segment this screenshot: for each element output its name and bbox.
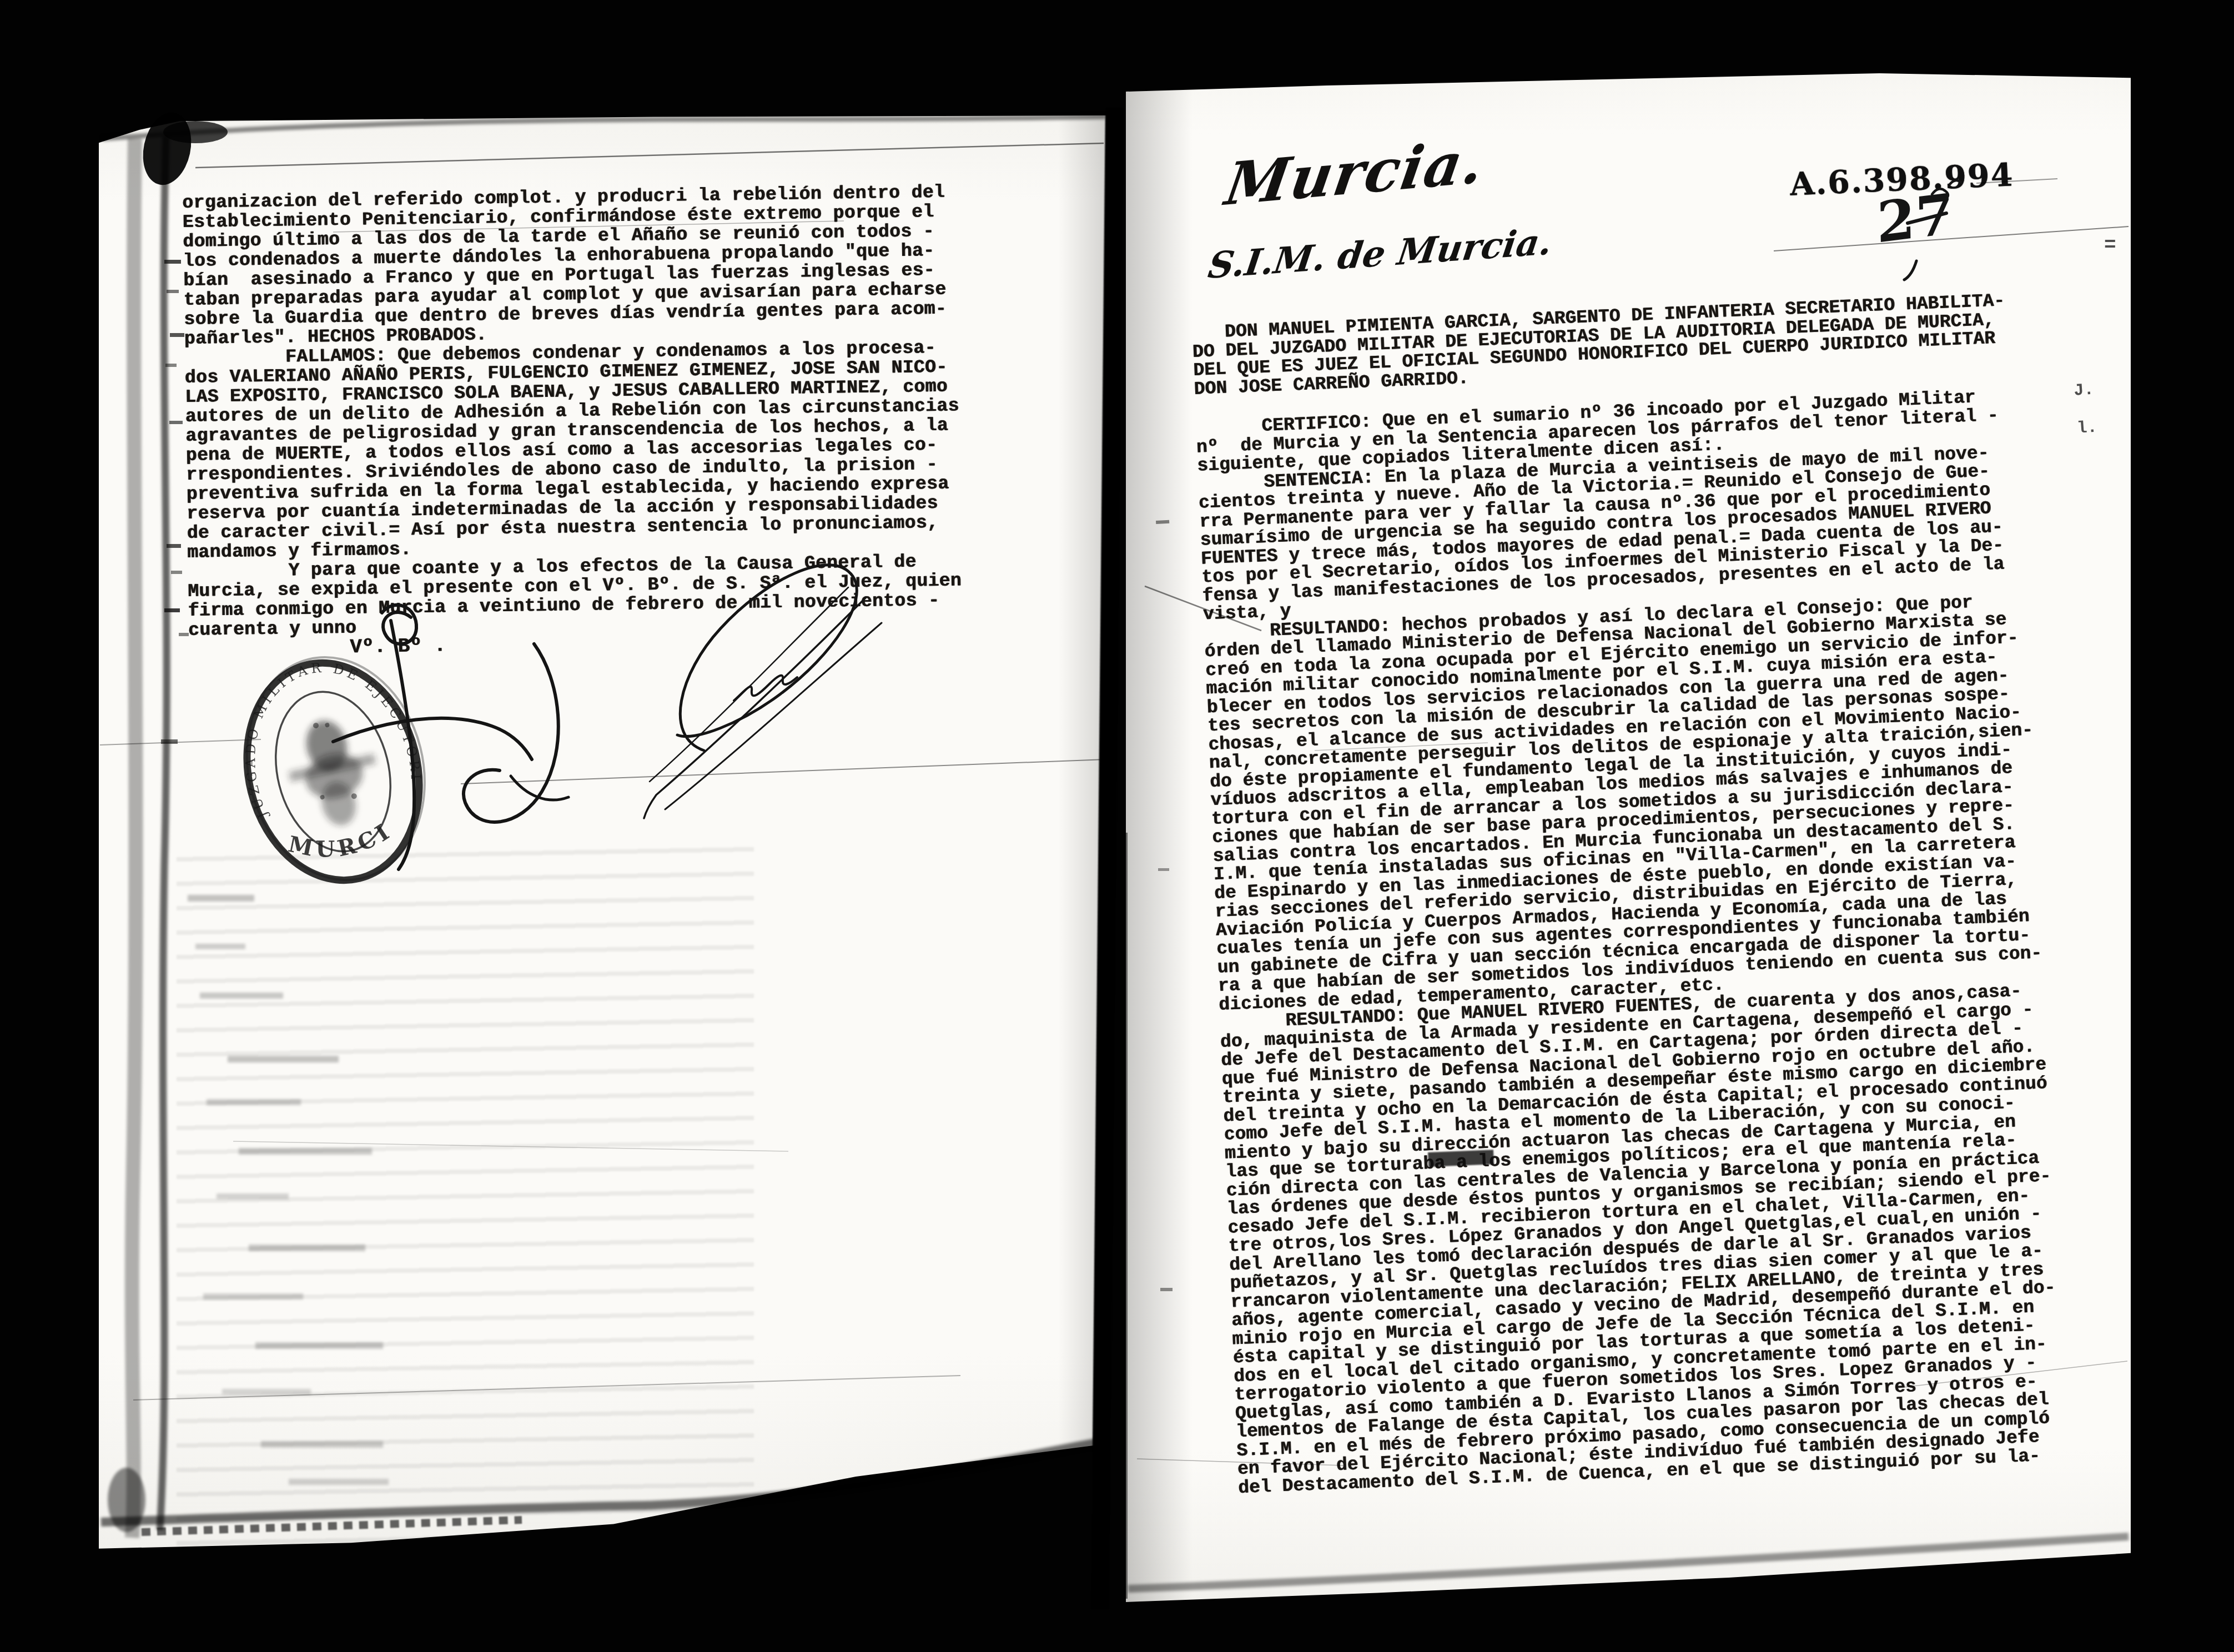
handwritten-archive-title: Murcia. [1221, 127, 1490, 219]
vo-bo-label: Vº. Bº . [350, 634, 446, 658]
left-page: organizacion del referido complot. y pro… [99, 115, 1108, 1554]
bleed-through-ghost-text [177, 843, 754, 1575]
scanned-document: organizacion del referido complot. y pro… [0, 0, 2234, 1652]
right-page: Murcia. S.I.M. de Murcia. A.6.398.994 27… [1126, 73, 2131, 1602]
folio-number: 27 [1876, 180, 1954, 256]
right-page-header-text: DON MANUEL PIMIENTA GARCIA, SARGENTO DE … [1191, 291, 2018, 398]
right-page-body-text: CERTIFICO: Que en el sumario nº 36 incoa… [1195, 386, 2062, 1497]
left-page-body-text: organizacion del referido complot. y pro… [182, 183, 962, 640]
right-page-text-block: DON MANUEL PIMIENTA GARCIA, SARGENTO DE … [1191, 291, 2062, 1497]
handwritten-archive-subtitle: S.I.M. de Murcia. [1205, 221, 1554, 287]
